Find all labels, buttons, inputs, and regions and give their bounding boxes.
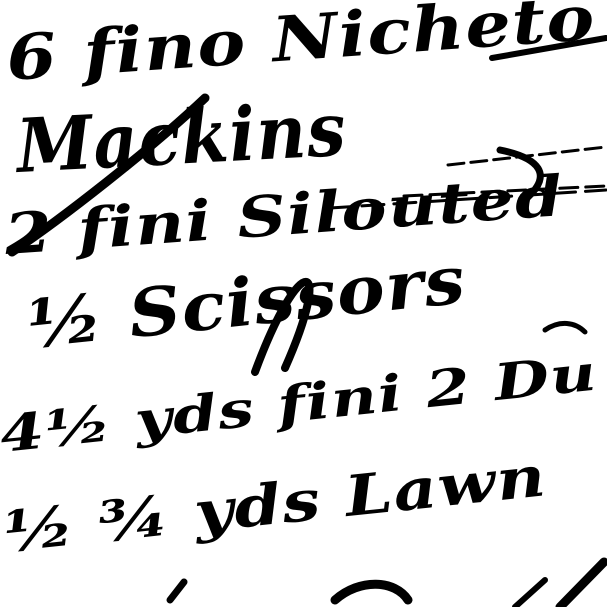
bottom-left-fragment [170,582,184,600]
handwritten-line-6: ½ ¾ yds Lawn [1,443,550,566]
bottom-diagonal-stroke-2 [515,580,545,607]
manuscript-page: 6 fino Nicheto Mackins 2 fini Silouted ½… [0,0,607,607]
bottom-curve-stroke [335,584,408,600]
manuscript-scan: 6 fino Nicheto Mackins 2 fini Silouted ½… [0,0,607,607]
handwritten-line-5: 4½ yds fini 2 Du [0,343,600,464]
tilde-flourish-line4 [545,323,585,332]
bottom-diagonal-stroke-1 [560,562,604,607]
handwritten-line-2: Mackins [12,87,349,190]
handwritten-line-1: 6 fino Nicheto [4,0,598,95]
